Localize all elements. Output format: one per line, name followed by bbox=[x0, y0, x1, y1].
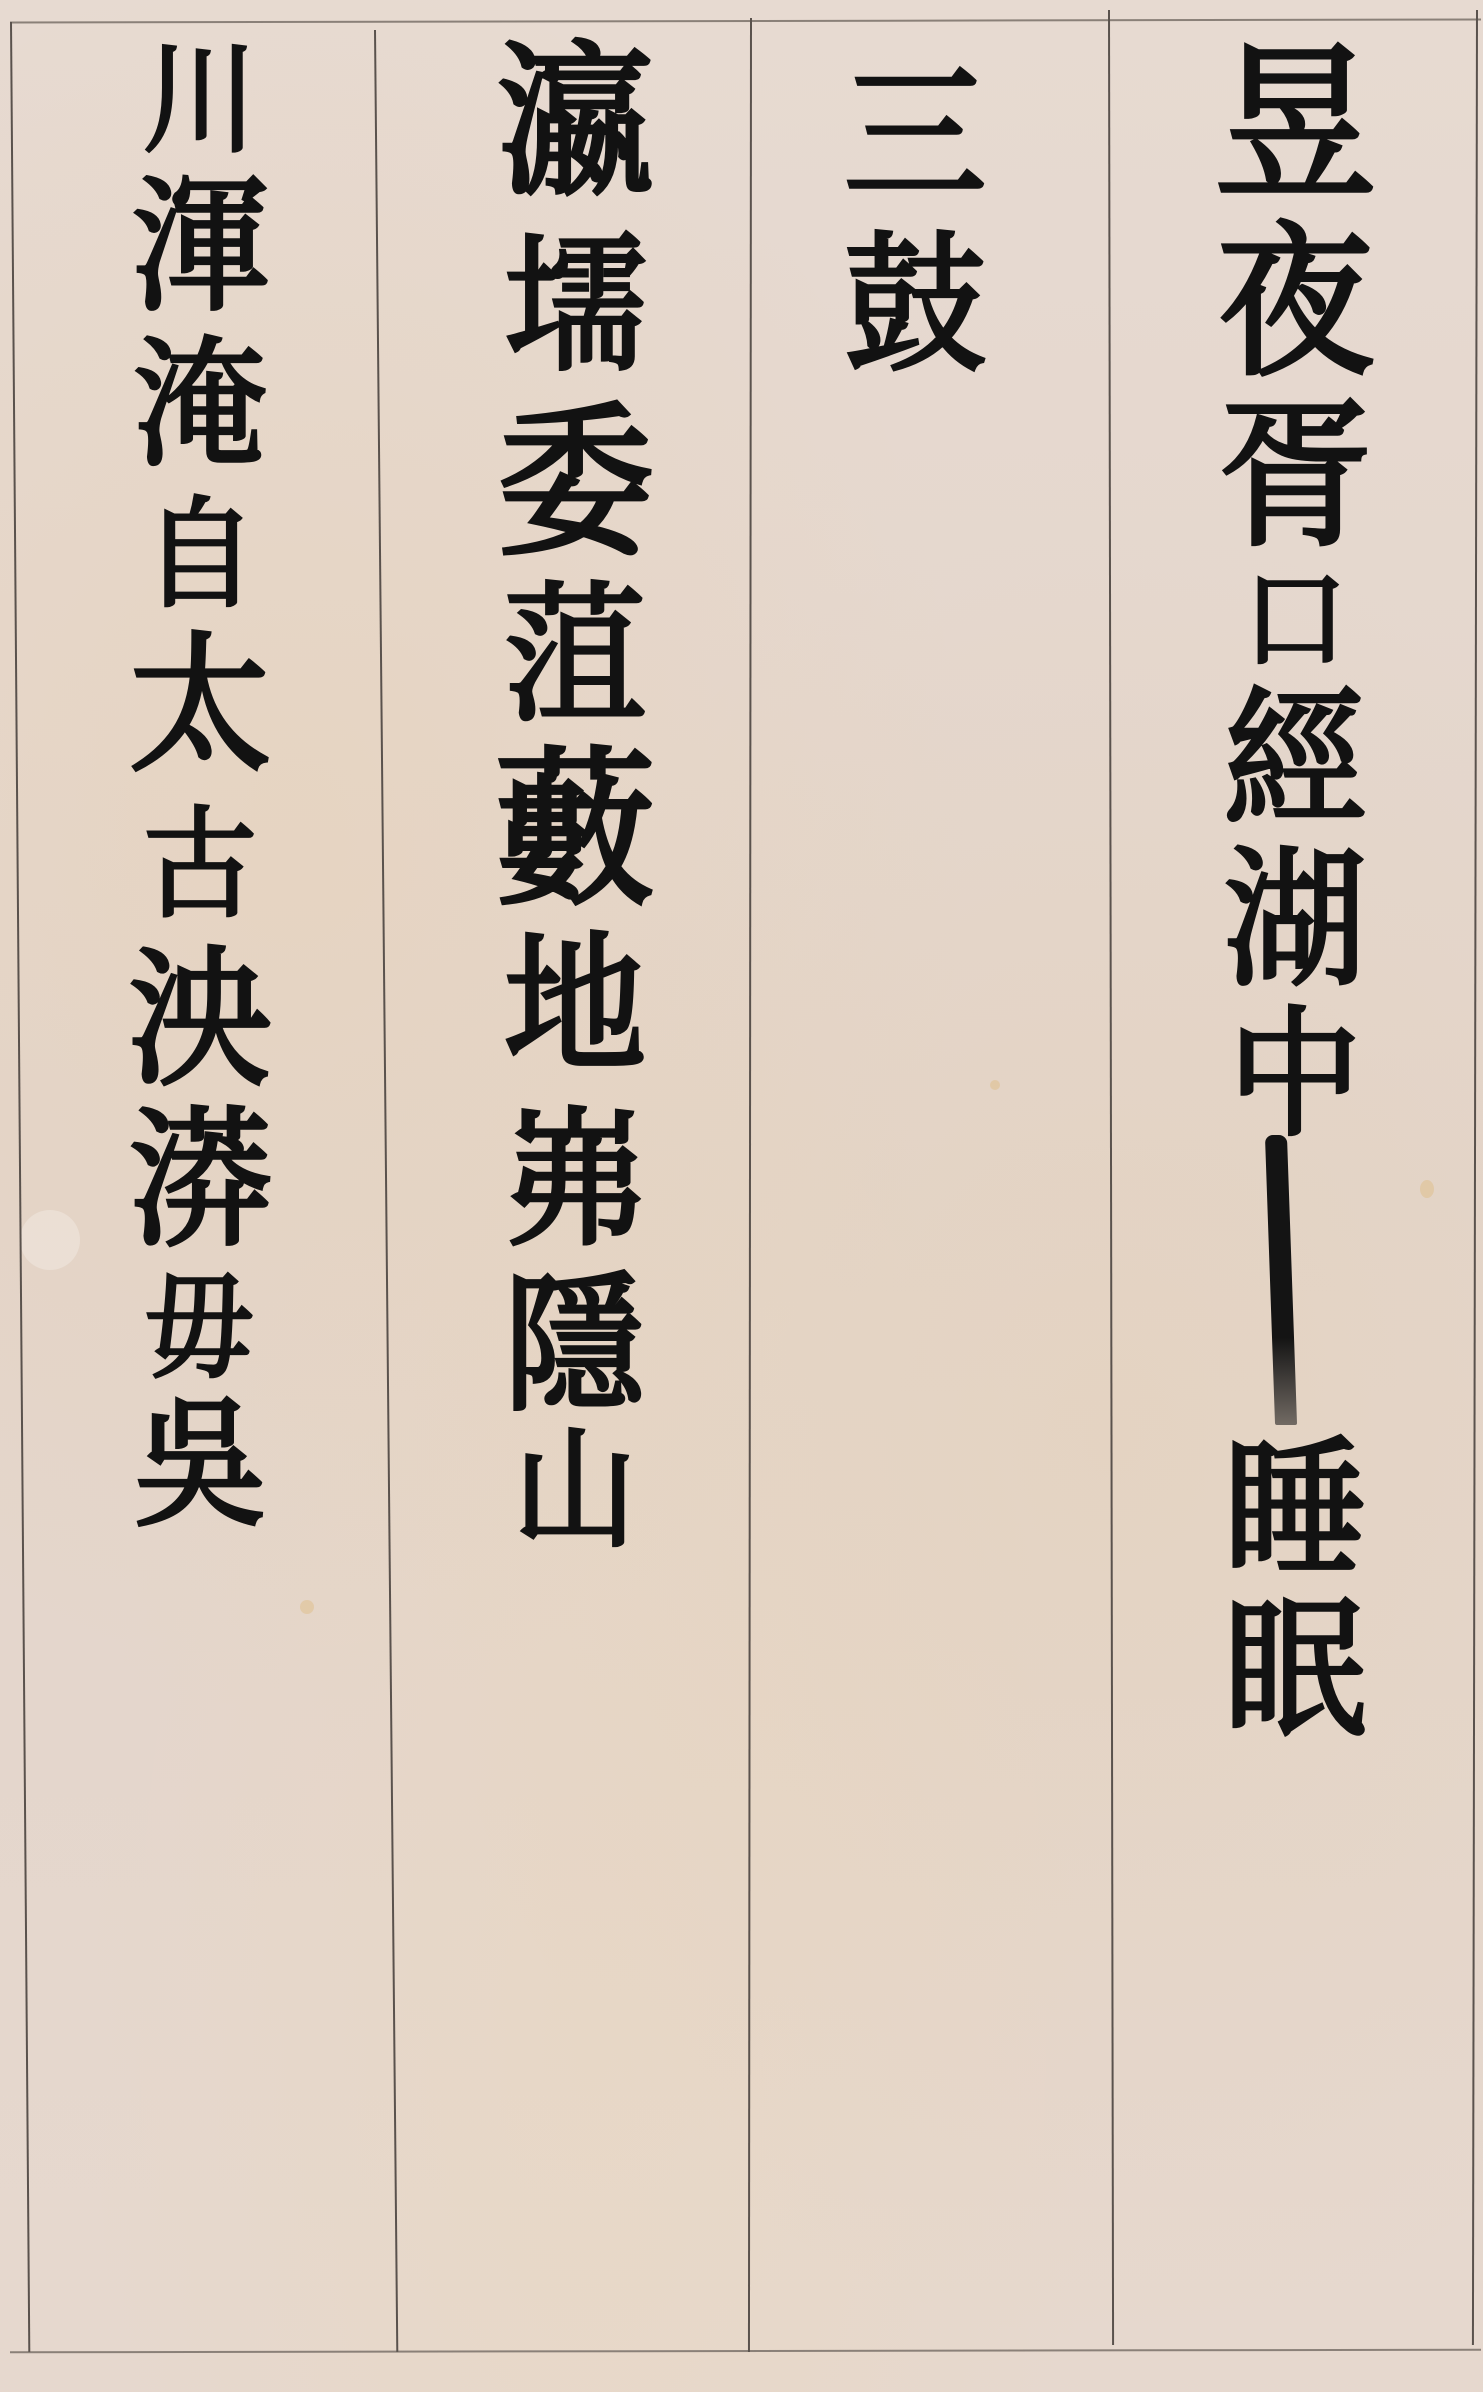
paper-stain bbox=[300, 1600, 314, 1614]
char: 山 bbox=[513, 1425, 637, 1555]
char: 經 bbox=[1224, 685, 1367, 835]
char: 渾 bbox=[131, 175, 269, 320]
text-column-3: 瀛 壖 委 菹 藪 地 岪 隱 山 bbox=[440, 40, 710, 1555]
char: 地 bbox=[504, 930, 647, 1080]
text-column-1: 昱 夜 胥 口 經 湖 中 睡 眠 bbox=[1165, 40, 1425, 1745]
char: 昱 bbox=[1214, 40, 1376, 210]
char: 岪 bbox=[504, 1105, 647, 1255]
char: 古 bbox=[143, 805, 257, 925]
char: 泱 bbox=[129, 945, 272, 1095]
paper-stain bbox=[990, 1080, 1000, 1090]
char: 湖 bbox=[1224, 845, 1367, 995]
text-column-2: 三 鼓 bbox=[800, 60, 1030, 380]
char: 口 bbox=[1243, 565, 1348, 675]
char: 自 bbox=[143, 495, 257, 615]
char: 川 bbox=[143, 40, 257, 160]
char: 毋 bbox=[145, 1270, 254, 1385]
char: 太 bbox=[129, 630, 272, 780]
char: 胥 bbox=[1219, 395, 1371, 555]
char: 委 bbox=[497, 400, 654, 565]
char: 鼓 bbox=[844, 230, 987, 380]
char: 瀛 bbox=[497, 40, 654, 205]
char: 壖 bbox=[504, 230, 647, 380]
char: 眠 bbox=[1224, 1595, 1367, 1745]
char: 隱 bbox=[504, 1270, 647, 1420]
char: 睡 bbox=[1224, 1435, 1367, 1585]
char: 吳 bbox=[133, 1395, 266, 1535]
trailing-brush-stroke bbox=[1265, 1135, 1297, 1425]
char: 藪 bbox=[494, 745, 656, 915]
char: 漭 bbox=[129, 1105, 272, 1255]
char: 三 bbox=[844, 60, 987, 210]
char: 淹 bbox=[133, 335, 266, 475]
char: 菹 bbox=[504, 580, 647, 730]
text-column-4: 川 渾 淹 自 太 古 泱 漭 毋 吳 bbox=[70, 40, 330, 1535]
char: 中 bbox=[1228, 1005, 1361, 1145]
char: 夜 bbox=[1217, 220, 1374, 385]
